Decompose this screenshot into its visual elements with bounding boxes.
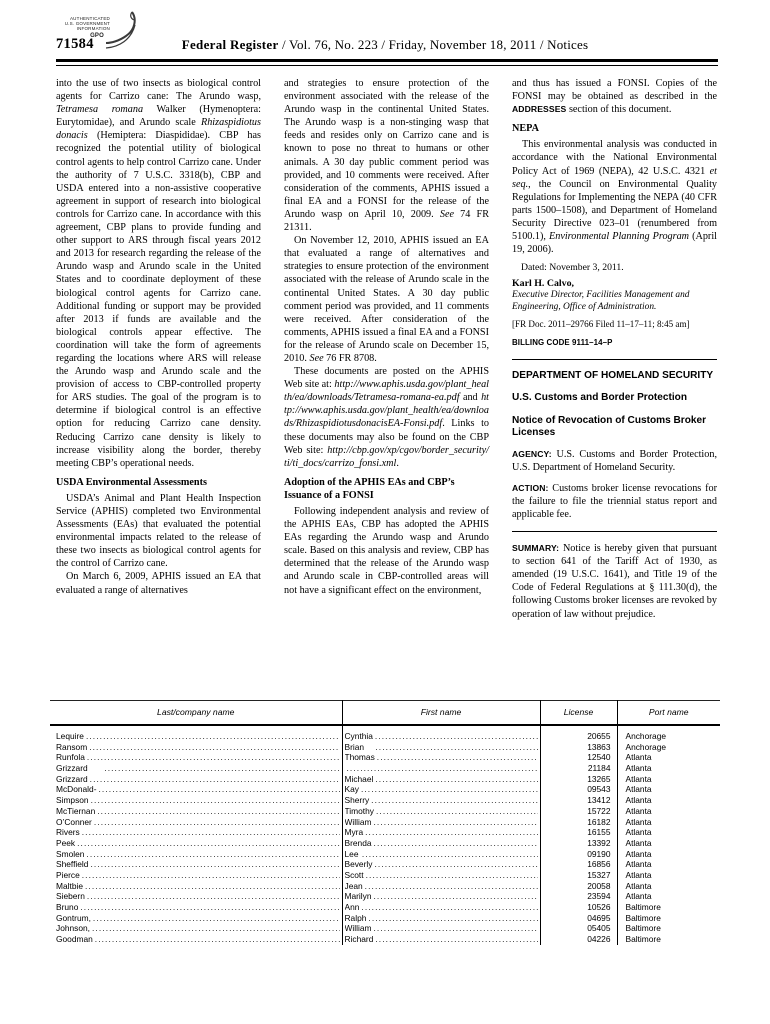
column-header-first-name: First name: [342, 701, 540, 726]
port-name-cell: Atlanta: [617, 763, 720, 774]
section-heading: NEPA: [512, 122, 717, 135]
license-cell: 16155: [540, 827, 617, 838]
license-cell: 04226: [540, 934, 617, 945]
table-row: Johnson, JrWilliam H05405Baltimore: [50, 923, 720, 934]
text-column-1: into the use of two insects as biologica…: [56, 77, 261, 697]
port-name-cell: Anchorage: [617, 742, 720, 753]
port-name-cell: Baltimore: [617, 913, 720, 924]
table-row: SimpsonSherry Elaine13412Atlanta: [50, 795, 720, 806]
document-heading: DEPARTMENT OF HOMELAND SECURITY: [512, 370, 717, 382]
first-name-cell: Brian Charles: [342, 742, 540, 753]
paragraph: On March 6, 2009, APHIS issued an EA tha…: [56, 570, 261, 596]
text-column-2: and strategies to ensure protection of t…: [284, 77, 489, 697]
last-name-cell: Lequire: [50, 725, 342, 742]
first-name-cell: Thomas Michael: [342, 752, 540, 763]
last-name-cell: Rivers: [50, 827, 342, 838]
license-cell: 09190: [540, 849, 617, 860]
table-row: PierceScott M15327Atlanta: [50, 870, 720, 881]
last-name-cell: Bruno: [50, 902, 342, 913]
first-name-cell: Beverly J: [342, 859, 540, 870]
running-head-title: Federal Register: [182, 37, 279, 52]
license-cell: 13265: [540, 774, 617, 785]
dot-leader: [371, 817, 537, 828]
dot-leader: [85, 891, 340, 902]
first-name-cell: Michael R: [342, 774, 540, 785]
first-name-cell: Richard J: [342, 934, 540, 945]
dot-leader: [91, 913, 340, 924]
section-heading: USDA Environmental Assessments: [56, 476, 261, 489]
dot-leader: [373, 742, 537, 753]
paragraph: USDA’s Animal and Plant Health Inspectio…: [56, 492, 261, 571]
license-cell: 13412: [540, 795, 617, 806]
table-row: PeekBrenda K13392Atlanta: [50, 838, 720, 849]
dot-leader: [369, 795, 537, 806]
first-name-cell: Ralph W: [342, 913, 540, 924]
dot-leader: [85, 752, 340, 763]
table-row: McDonald-McGloneKay09543Atlanta: [50, 784, 720, 795]
last-name-cell: Peek: [50, 838, 342, 849]
broker-table-body: LequireCynthia A20655AnchorageRansomBria…: [50, 725, 720, 945]
dot-leader: [84, 731, 340, 742]
port-name-cell: Baltimore: [617, 923, 720, 934]
table-row: RunfolaThomas Michael12540Atlanta: [50, 752, 720, 763]
dot-leader: [363, 827, 537, 838]
port-name-cell: Atlanta: [617, 859, 720, 870]
first-name-cell: Ann T: [342, 902, 540, 913]
dot-leader: [363, 881, 538, 892]
table-row: SmolenLee Ellis09190Atlanta: [50, 849, 720, 860]
broker-license-table: Last/company name First name License Por…: [50, 700, 720, 945]
last-name-cell: Gontrum, Jr: [50, 913, 342, 924]
labeled-paragraph: ACTION: Customs broker license revocatio…: [512, 482, 717, 521]
table-row: GoodmanRichard J04226Baltimore: [50, 934, 720, 945]
last-name-cell: Pierce: [50, 870, 342, 881]
paragraph: and thus has issued a FONSI. Copies of t…: [512, 77, 717, 116]
last-name-cell: Runfola: [50, 752, 342, 763]
signatory-name: Karl H. Calvo,: [512, 277, 717, 290]
license-cell: 20058: [540, 881, 617, 892]
license-cell: 09543: [540, 784, 617, 795]
body-columns: into the use of two insects as biologica…: [56, 77, 718, 697]
text-column-3: and thus has issued a FONSI. Copies of t…: [512, 77, 717, 697]
table-header-row: Last/company name First name License Por…: [50, 701, 720, 726]
dot-leader: [374, 806, 538, 817]
dot-leader: [97, 784, 340, 795]
first-name-cell: Jean L: [342, 881, 540, 892]
paragraph: into the use of two insects as biologica…: [56, 77, 261, 470]
license-cell: 12540: [540, 752, 617, 763]
dot-leader: [83, 881, 340, 892]
port-name-cell: Atlanta: [617, 806, 720, 817]
fr-doc-line: [FR Doc. 2011–29766 Filed 11–17–11; 8:45…: [512, 318, 717, 331]
column-header-license: License: [540, 701, 617, 726]
first-name-cell: Lee Ellis: [342, 849, 540, 860]
paragraph: This environmental analysis was conducte…: [512, 138, 717, 256]
paragraph: Following independent analysis and revie…: [284, 505, 489, 597]
table-row: LequireCynthia A20655Anchorage: [50, 725, 720, 742]
dot-leader: [359, 784, 538, 795]
dot-leader: [78, 902, 339, 913]
last-name-cell: Sheffield: [50, 859, 342, 870]
license-cell: 16856: [540, 859, 617, 870]
port-name-cell: Anchorage: [617, 725, 720, 742]
dot-leader: [95, 806, 339, 817]
dot-leader: [88, 859, 339, 870]
table-row: MaltbieJean L20058Atlanta: [50, 881, 720, 892]
port-name-cell: Atlanta: [617, 849, 720, 860]
dot-leader: [372, 859, 537, 870]
table-row: SiebernMarilyn C23594Atlanta: [50, 891, 720, 902]
table-row: SheffieldBeverly J16856Atlanta: [50, 859, 720, 870]
license-cell: 13863: [540, 742, 617, 753]
table-row: Grizzard Customs Brokers, Inc21184Atlant…: [50, 763, 720, 774]
license-cell: 13392: [540, 838, 617, 849]
table-row: O’ConnerWilliam L16182Atlanta: [50, 817, 720, 828]
license-cell: 23594: [540, 891, 617, 902]
port-name-cell: Atlanta: [617, 827, 720, 838]
federal-register-page: AUTHENTICATED U.S. GOVERNMENT INFORMATIO…: [0, 0, 770, 1024]
table-row: GrizzardMichael R13265Atlanta: [50, 774, 720, 785]
running-head: Federal Register / Vol. 76, No. 223 / Fr…: [0, 37, 770, 53]
last-name-cell: Maltbie: [50, 881, 342, 892]
dot-leader: [371, 923, 537, 934]
labeled-paragraph: AGENCY: U.S. Customs and Border Protecti…: [512, 448, 717, 474]
port-name-cell: Atlanta: [617, 838, 720, 849]
port-name-cell: Baltimore: [617, 902, 720, 913]
last-name-cell: McDonald-McGlone: [50, 784, 342, 795]
port-name-cell: Atlanta: [617, 817, 720, 828]
last-name-cell: Goodman: [50, 934, 342, 945]
column-header-port-name: Port name: [617, 701, 720, 726]
dot-leader: [92, 817, 340, 828]
dot-leader: [345, 763, 538, 774]
paragraph: and strategies to ensure protection of t…: [284, 77, 489, 234]
billing-code: BILLING CODE 9111–14–P: [512, 336, 717, 349]
paragraph: On November 12, 2010, APHIS issued an EA…: [284, 234, 489, 365]
license-cell: 16182: [540, 817, 617, 828]
first-name-cell: Myra B: [342, 827, 540, 838]
dot-leader: [90, 923, 340, 934]
last-name-cell: Siebern: [50, 891, 342, 902]
license-cell: 10526: [540, 902, 617, 913]
dot-leader: [89, 795, 340, 806]
dot-leader: [87, 742, 339, 753]
license-cell: 21184: [540, 763, 617, 774]
header-rule-thick: [56, 59, 718, 62]
port-name-cell: Atlanta: [617, 784, 720, 795]
table-row: RansomBrian Charles13863Anchorage: [50, 742, 720, 753]
dot-leader: [80, 870, 340, 881]
section-divider: [512, 531, 717, 532]
dot-leader: [88, 774, 340, 785]
first-name-cell: Scott M: [342, 870, 540, 881]
dot-leader: [102, 763, 339, 774]
signatory-title: Executive Director, Facilities Managemen…: [512, 290, 717, 312]
first-name-cell: Kay: [342, 784, 540, 795]
first-name-cell: Timothy: [342, 806, 540, 817]
dot-leader: [75, 838, 339, 849]
table-row: BrunoAnn T10526Baltimore: [50, 902, 720, 913]
license-cell: 15722: [540, 806, 617, 817]
port-name-cell: Atlanta: [617, 752, 720, 763]
table-row: RiversMyra B16155Atlanta: [50, 827, 720, 838]
dated-line: Dated: November 3, 2011.: [512, 261, 717, 274]
running-head-issue: / Vol. 76, No. 223 / Friday, November 18…: [279, 37, 589, 52]
port-name-cell: Atlanta: [617, 795, 720, 806]
document-heading: U.S. Customs and Border Protection: [512, 392, 717, 404]
first-name-cell: Cynthia A: [342, 725, 540, 742]
dot-leader: [366, 913, 537, 924]
column-header-last-name: Last/company name: [50, 701, 342, 726]
section-divider: [512, 359, 717, 360]
last-name-cell: Simpson: [50, 795, 342, 806]
port-name-cell: Atlanta: [617, 891, 720, 902]
dot-leader: [373, 731, 538, 742]
dot-leader: [93, 934, 340, 945]
port-name-cell: Baltimore: [617, 934, 720, 945]
port-name-cell: Atlanta: [617, 870, 720, 881]
port-name-cell: Atlanta: [617, 774, 720, 785]
dot-leader: [372, 891, 538, 902]
port-name-cell: Atlanta: [617, 881, 720, 892]
dot-leader: [373, 934, 537, 945]
dot-leader: [373, 774, 537, 785]
document-heading: Notice of Revocation of Customs Broker L…: [512, 415, 717, 440]
gpo-logo-line: INFORMATION: [58, 26, 110, 31]
dot-leader: [360, 849, 538, 860]
section-heading: Adoption of the APHIS EAs and CBP’s Issu…: [284, 476, 489, 502]
last-name-cell: Smolen: [50, 849, 342, 860]
first-name-cell: Sherry Elaine: [342, 795, 540, 806]
table-row: Gontrum, JrRalph W04695Baltimore: [50, 913, 720, 924]
dot-leader: [359, 902, 537, 913]
header-rule-thin: [56, 65, 718, 66]
first-name-cell: William L: [342, 817, 540, 828]
last-name-cell: Grizzard: [50, 774, 342, 785]
labeled-paragraph: SUMMARY: Notice is hereby given that pur…: [512, 542, 717, 621]
first-name-cell: William H: [342, 923, 540, 934]
dot-leader: [364, 870, 538, 881]
license-cell: 05405: [540, 923, 617, 934]
paragraph: These documents are posted on the APHIS …: [284, 365, 489, 470]
dot-leader: [372, 838, 538, 849]
dot-leader: [375, 752, 538, 763]
dot-leader: [84, 849, 339, 860]
last-name-cell: O’Conner: [50, 817, 342, 828]
last-name-cell: McTiernan: [50, 806, 342, 817]
dot-leader: [80, 827, 340, 838]
license-cell: 20655: [540, 725, 617, 742]
first-name-cell: Marilyn C: [342, 891, 540, 902]
license-cell: 04695: [540, 913, 617, 924]
license-cell: 15327: [540, 870, 617, 881]
table-row: McTiernanTimothy15722Atlanta: [50, 806, 720, 817]
last-name-cell: Ransom: [50, 742, 342, 753]
last-name-cell: Johnson, Jr: [50, 923, 342, 934]
first-name-cell: Brenda K: [342, 838, 540, 849]
last-name-cell: Grizzard Customs Brokers, Inc: [50, 763, 342, 774]
first-name-cell: [342, 763, 540, 774]
